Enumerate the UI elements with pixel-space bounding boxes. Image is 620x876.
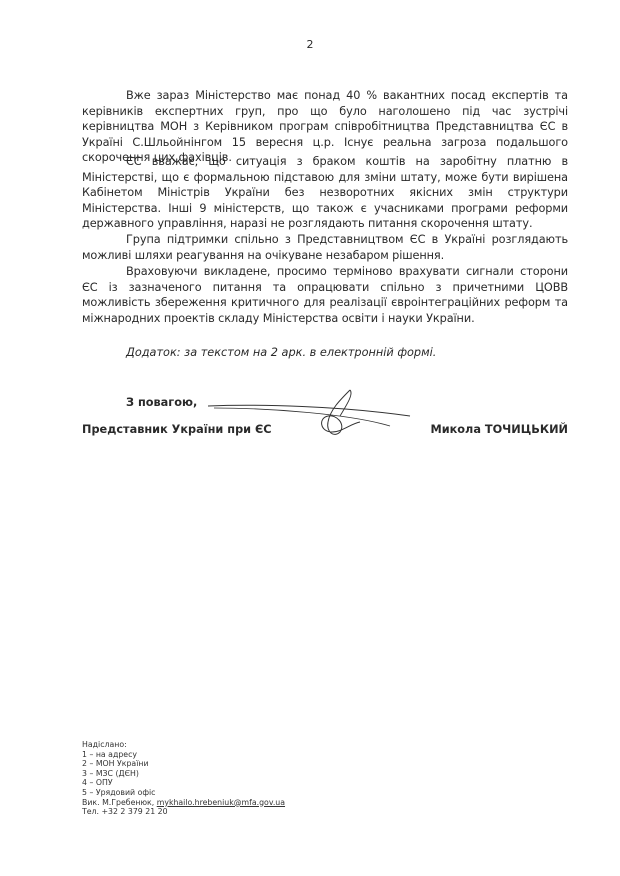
recipient-5: 5 – Урядовий офіс: [82, 788, 285, 798]
executor-email-link[interactable]: mykhailo.hrebeniuk@mfa.gov.ua: [157, 798, 285, 807]
attachment-note: Додаток: за текстом на 2 арк. в електрон…: [126, 346, 436, 359]
signature-name: Микола ТОЧИЦЬКИЙ: [430, 423, 568, 436]
signature-greeting: З повагою,: [126, 396, 197, 409]
page-number: 2: [0, 38, 620, 51]
sent-label: Надіслано:: [82, 740, 285, 750]
paragraph-request: Враховуючи викладене, просимо терміново …: [82, 264, 568, 326]
recipient-2: 2 – МОН України: [82, 759, 285, 769]
handwritten-signature-icon: [200, 388, 420, 448]
recipient-3: 3 – МЗС (ДЄН): [82, 769, 285, 779]
executor-line: Вик. М.Гребенюк, mykhailo.hrebeniuk@mfa.…: [82, 798, 285, 808]
paragraph-support-group: Група підтримки спільно з Представництво…: [82, 232, 568, 263]
executor-name: Вик. М.Гребенюк,: [82, 798, 157, 807]
distribution-footer: Надіслано: 1 – на адресу 2 – МОН України…: [82, 740, 285, 817]
recipient-4: 4 – ОПУ: [82, 778, 285, 788]
paragraph-eu-position: ЄС вважає, що ситуація з браком коштів н…: [82, 154, 568, 232]
recipient-1: 1 – на адресу: [82, 750, 285, 760]
phone: Тел. +32 2 379 21 20: [82, 807, 285, 817]
